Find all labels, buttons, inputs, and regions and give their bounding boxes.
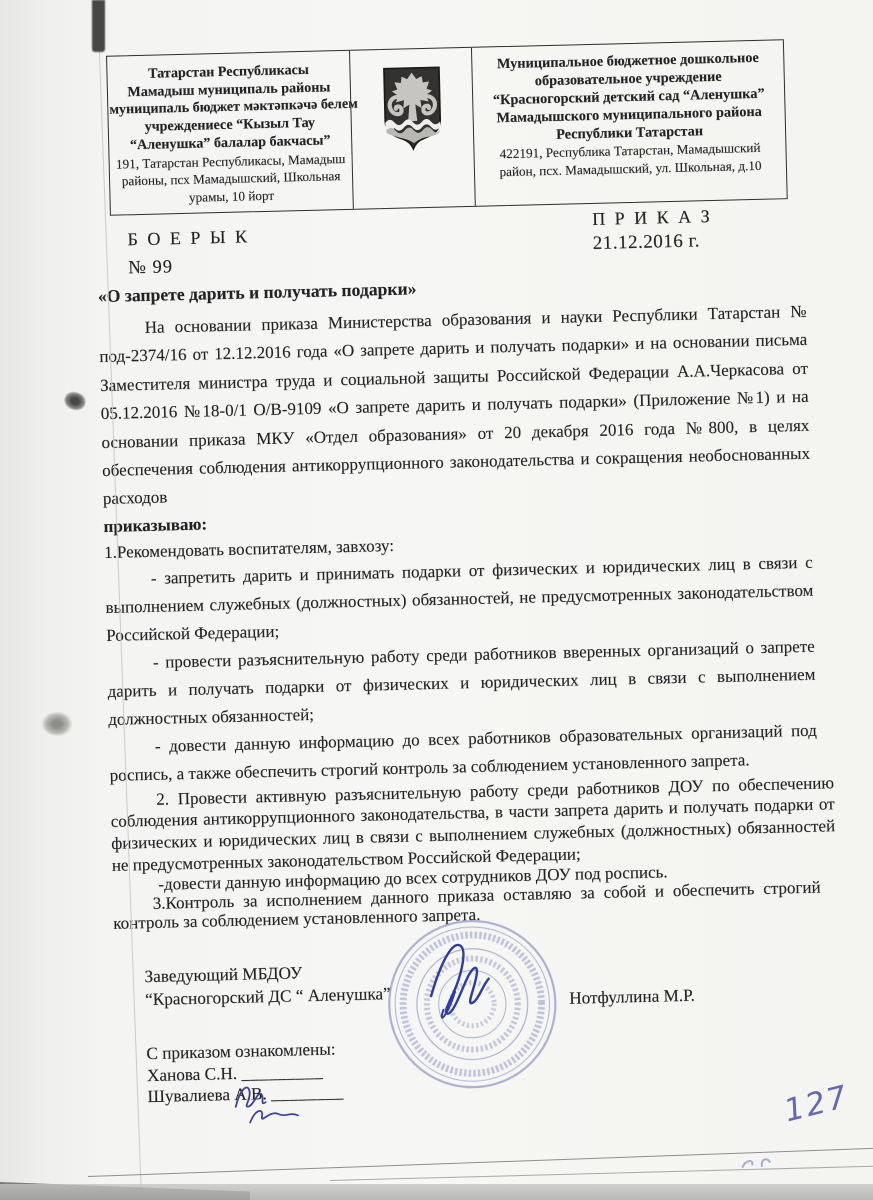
order-meta-tatar: Б О Е Р Ы К № 99 bbox=[127, 226, 250, 279]
order-number: № 99 bbox=[128, 255, 251, 279]
shuvalieva-signature-ink bbox=[246, 1103, 303, 1130]
signer-position-line: “Красногорский ДС “ Аленушка” bbox=[145, 982, 391, 1011]
order-word-russian: П Р И К А З bbox=[592, 206, 713, 230]
order-body: На основании приказа Министерства образо… bbox=[98, 298, 821, 933]
signer-position: Заведующий МБДОУ “Красногорский ДС “ Але… bbox=[144, 959, 391, 1011]
scan-artifact-bottom-shadow bbox=[0, 1184, 873, 1200]
order-date: 21.12.2016 г. bbox=[593, 230, 714, 255]
scan-artifact-binder-shadow bbox=[92, 0, 105, 52]
letterhead-left-tatar: Татарстан Республикасы Мамадыш муниципал… bbox=[107, 51, 354, 215]
scan-artifact-staple-mark bbox=[42, 712, 72, 736]
partial-ink-icon bbox=[736, 1156, 782, 1169]
signature-line: _________ bbox=[241, 1061, 323, 1082]
scanned-order-page: Татарстан Республикасы Мамадыш муниципал… bbox=[0, 0, 873, 1200]
director-signature-ink bbox=[416, 932, 533, 1030]
order-word-tatar: Б О Е Р Ы К bbox=[127, 226, 250, 250]
signature-line: ________ bbox=[271, 1082, 344, 1103]
coat-of-arms-icon bbox=[379, 65, 445, 153]
acknowledgment-name: Ханова С.Н. bbox=[147, 1063, 238, 1084]
letterhead-table: Татарстан Республикасы Мамадыш муниципал… bbox=[106, 39, 788, 215]
order-meta-russian: П Р И К А З 21.12.2016 г. bbox=[592, 206, 713, 255]
preamble-paragraph: На основании приказа Министерства образо… bbox=[98, 298, 811, 514]
letterhead-right-russian: Муниципальное бюджетное дошкольное образ… bbox=[472, 40, 787, 205]
signer-name: Нотфуллина М.Р. bbox=[569, 986, 695, 1009]
order-subject: «О запрете дарить и получать подарки» bbox=[98, 278, 417, 307]
letterhead-emblem-cell bbox=[350, 48, 476, 209]
scan-artifact-ink-fragment bbox=[736, 1155, 782, 1169]
